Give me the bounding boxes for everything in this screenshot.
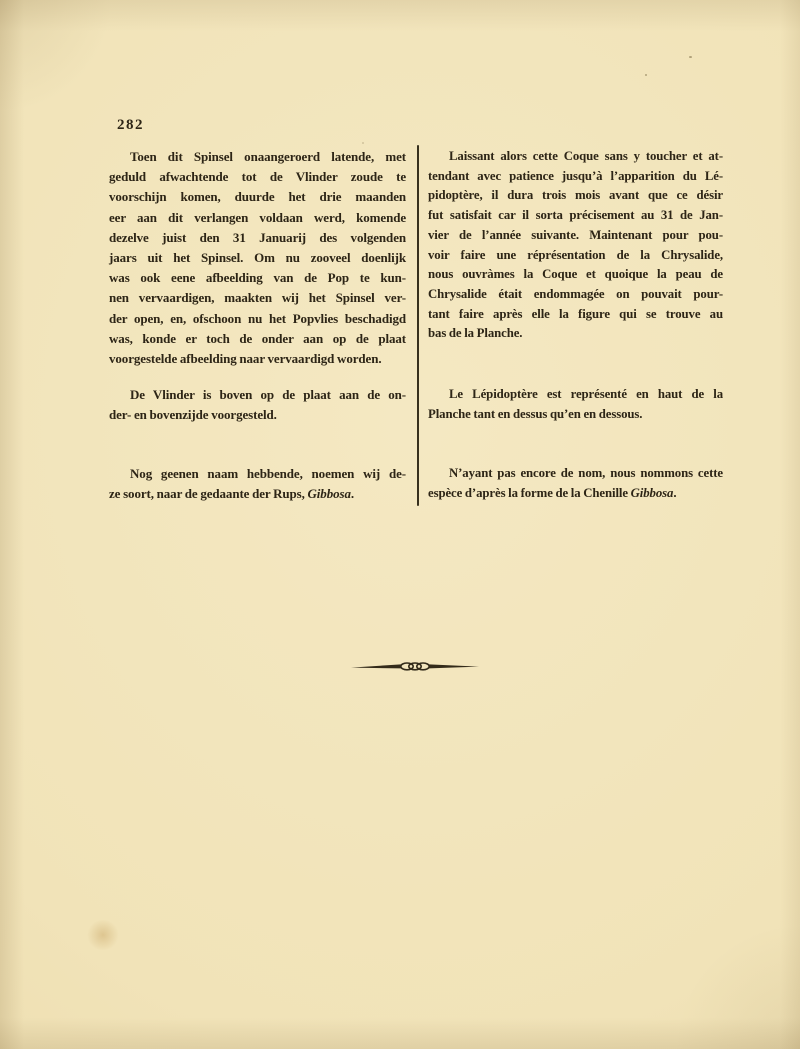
paragraph: N’ayant pas encore de nom, nous nommons … [428,464,723,503]
column-divider-rule [417,145,419,506]
text-line: bas de la Planche. [428,324,723,344]
text-line: Chrysalide était endommagée on pouvait p… [428,285,723,305]
page-number: 282 [117,117,144,134]
text-line: Le Lépidoptère est représenté en haut de… [428,385,723,405]
text-line: nen vervaardigen, maakten wij het Spinse… [109,288,406,308]
section-divider-ornament [351,658,479,676]
text-line: eer aan dit verlangen voldaan werd, kome… [109,208,406,228]
paragraph: De Vlinder is boven op de plaat aan de o… [109,385,406,425]
text-line: espèce d’après la forme de la Chenille G… [428,484,723,504]
paper-speck [362,142,364,144]
text-line: pidoptère, il dura trois mois avant que … [428,186,723,206]
text-line: Nog geenen naam hebbende, noemen wij de- [109,464,406,484]
book-page: 282 Toen dit Spinsel onaangeroerd latend… [0,0,800,1049]
text-line: dezelve juist den 31 Januarij des volgen… [109,228,406,248]
text-line: voir faire une réprésentation de la Chry… [428,246,723,266]
text-line: nous ouvràmes la Coque et quoique la pea… [428,265,723,285]
text-line: vier de l’année suivante. Maintenant pou… [428,226,723,246]
paper-speck [645,74,647,76]
paper-stain [86,920,120,950]
paragraph: Toen dit Spinsel onaangeroerd latende, m… [109,147,406,369]
text-line: Planche tant en dessus qu’en en dessous. [428,405,723,425]
text-line: fut satisfait car il sorta précisement a… [428,206,723,226]
text-line: was ook eene afbeelding van de Pop te ku… [109,268,406,288]
text-line: voorgestelde afbeelding naar vervaardigd… [109,349,406,369]
paragraph: Le Lépidoptère est représenté en haut de… [428,385,723,424]
text-line: der- en bovenzijde voorgesteld. [109,405,406,425]
text-line: der open, en, ofschoon nu het Popvlies b… [109,309,406,329]
paragraph: Nog geenen naam hebbende, noemen wij de-… [109,464,406,504]
text-line: geduld afwachtende tot de Vlinder zoude … [109,167,406,187]
text-line: Toen dit Spinsel onaangeroerd latende, m… [109,147,406,167]
text-line: jaars uit het Spinsel. Om nu zooveel doe… [109,248,406,268]
paragraph: Laissant alors cette Coque sans y touche… [428,147,723,344]
text-line: ze soort, naar de gedaante der Rups, Gib… [109,484,406,504]
text-line: tendant avec patience jusqu’à l’appariti… [428,167,723,187]
paper-speck [689,56,692,58]
right-column-french-text: Laissant alors cette Coque sans y touche… [428,147,723,527]
text-line: De Vlinder is boven op de plaat aan de o… [109,385,406,405]
text-line: tant faire après elle la figure qui se t… [428,305,723,325]
left-column-dutch-text: Toen dit Spinsel onaangeroerd latende, m… [109,147,406,527]
text-line: N’ayant pas encore de nom, nous nommons … [428,464,723,484]
text-line: Laissant alors cette Coque sans y touche… [428,147,723,167]
text-line: was, konde er toch de onder aan op de pl… [109,329,406,349]
text-line: voorschijn komen, duurde het drie maande… [109,187,406,207]
